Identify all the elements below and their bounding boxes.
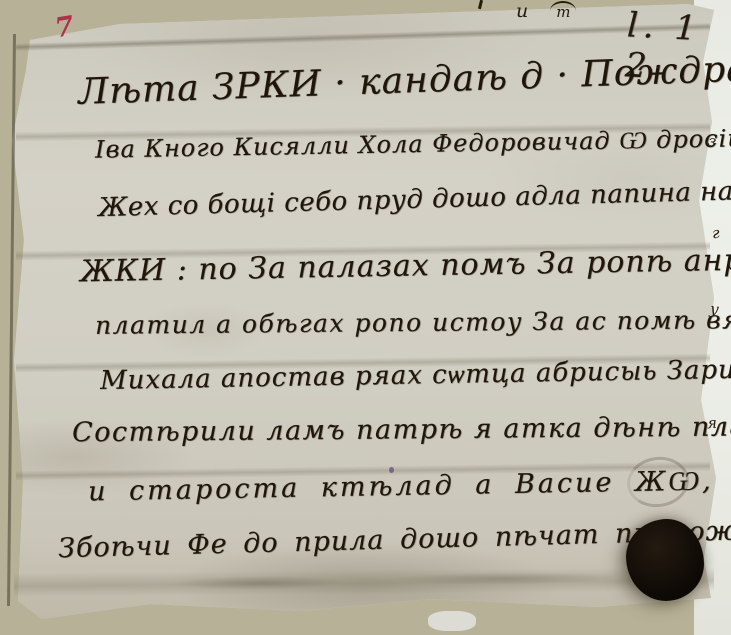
margin-ink-mark: я bbox=[706, 414, 717, 433]
interlinear-mark: и bbox=[516, 0, 528, 22]
bottom-light-patch bbox=[428, 611, 476, 631]
red-folio-number: 7 bbox=[53, 11, 76, 45]
left-paper-edge bbox=[7, 34, 16, 606]
black-wax-seal bbox=[626, 519, 704, 601]
text-line-7: Состѣрили ламъ патрѣ я атка дѣнѣ платкор bbox=[72, 411, 731, 449]
margin-ink-mark: г bbox=[711, 224, 720, 243]
manuscript-photo: 7 l. 1 2 ит Лѣта ЗРКИ · кандаѣ д · Пождр… bbox=[0, 0, 731, 635]
ink-speck bbox=[389, 467, 394, 473]
interlinear-mark-titlo: т bbox=[550, 1, 576, 21]
text-line-5: платил а обѣгах ропо истоу За ас помѣ вя bbox=[95, 305, 731, 340]
ink-tick bbox=[478, 0, 483, 9]
interlinear-abbreviation-marks: ит bbox=[516, 0, 576, 22]
